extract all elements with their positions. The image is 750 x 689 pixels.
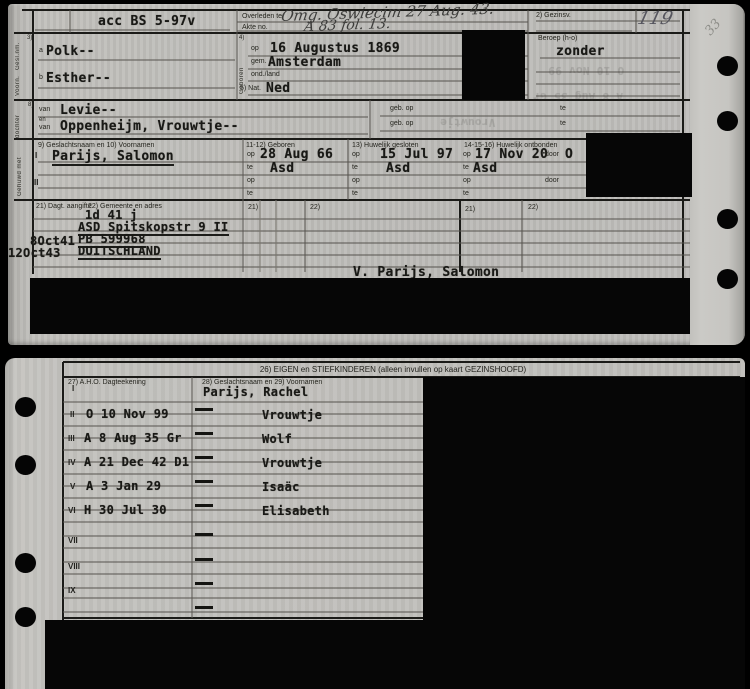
bleed-through-text: Vrouwtje	[440, 116, 495, 129]
ditto-mark	[195, 432, 213, 435]
label-geb-op-2: geb. op	[390, 120, 413, 127]
label-op: op	[247, 177, 255, 184]
redaction-bar	[45, 620, 745, 689]
punch-hole	[717, 209, 738, 229]
label-b: b	[39, 74, 43, 81]
ditto-mark	[195, 533, 213, 536]
child-row-numeral: VIII	[68, 562, 80, 571]
header-21-c: 21)	[465, 206, 475, 213]
field-birth-date: 16 Augustus 1869	[270, 41, 400, 56]
label-te: te	[247, 164, 253, 171]
children-section-header: 26) EIGEN en STIEFKINDEREN (alleen invul…	[63, 365, 723, 374]
label-overleden-te: Overleden te	[242, 13, 282, 20]
bleed-through-text: O 10 Nov 99	[548, 64, 624, 77]
ditto-mark	[195, 558, 213, 561]
side-label-gehuwd-met: Gehuwd met	[17, 144, 23, 196]
ditto-mark	[195, 480, 213, 483]
field-nationality: Ned	[266, 81, 290, 96]
label-beroep: Beroep (h-o)	[538, 35, 577, 42]
child-row-numeral: V	[70, 482, 75, 491]
child-row-name: Parijs, Rachel	[203, 385, 308, 399]
ditto-mark	[195, 582, 213, 585]
label-te: te	[463, 190, 469, 197]
punch-hole	[15, 553, 36, 573]
punch-hole	[15, 397, 36, 417]
label-door: door	[545, 177, 559, 184]
label-te-1: te	[560, 105, 566, 112]
child-row-name: Isaäc	[262, 480, 300, 494]
child-row-date: H 30 Jul 30	[84, 503, 167, 517]
reg-row-address: DUITSCHLAND	[78, 244, 161, 260]
child-row-name: Elisabeth	[262, 504, 330, 518]
row-numeral-1: I	[35, 151, 37, 160]
field-spouse-name: Parijs, Salomon	[52, 149, 174, 166]
label-door: door	[545, 151, 559, 158]
punch-hole	[717, 269, 738, 289]
child-row-name: Vrouwtje	[262, 456, 322, 470]
label-op-birth: op	[251, 45, 259, 52]
registration-card-children: 26) EIGEN en STIEFKINDEREN (alleen invul…	[5, 358, 745, 689]
field-birth-city: Amsterdam	[268, 55, 341, 70]
child-row-date: A 8 Aug 35 Gr	[84, 431, 182, 445]
label-en: en	[39, 117, 46, 123]
label-section-4: 4)	[239, 35, 244, 41]
punch-hole	[15, 455, 36, 475]
label-op: op	[463, 151, 471, 158]
label-te: te	[463, 164, 469, 171]
redaction-box	[586, 133, 692, 197]
side-label-voornamen: Voorn.	[15, 68, 21, 96]
field-akte-number: A 83 fol. 13.	[303, 16, 392, 35]
field-divorce-place: Asd	[473, 161, 497, 176]
scanned-archive-page: acc BS 5-97v Overleden te Omg. Oswiecim …	[0, 0, 750, 689]
label-van-mother: van	[39, 124, 50, 131]
redaction-box	[423, 377, 745, 620]
redaction-bar	[30, 278, 690, 334]
registration-card-front: acc BS 5-97v Overleden te Omg. Oswiecim …	[8, 4, 745, 345]
label-te-2: te	[560, 120, 566, 127]
label-section-8: 8)	[28, 102, 33, 108]
ditto-mark	[195, 504, 213, 507]
field-divorce-code: O	[565, 147, 573, 162]
label-gem: gem.	[251, 58, 267, 65]
label-op: op	[247, 151, 255, 158]
label-gezinsv: 2) Gezinsv.	[536, 12, 571, 19]
child-row-date: A 3 Jan 29	[86, 479, 161, 493]
field-divorce-date: 17 Nov 20	[475, 147, 548, 162]
punch-hole	[717, 56, 738, 76]
header-spouse-name: 9) Geslachtsnaam en 10) Voornamen	[38, 142, 154, 149]
header-22-b: 22)	[310, 204, 320, 211]
label-akte-no: Akte no.	[242, 24, 268, 31]
field-spouse-birth-place: Asd	[270, 161, 294, 176]
child-row-numeral: VII	[68, 536, 78, 545]
ditto-mark	[195, 408, 213, 411]
child-row-numeral: VI	[68, 506, 76, 515]
punch-hole	[717, 111, 738, 131]
label-op: op	[352, 151, 360, 158]
field-acc-number: acc BS 5-97v	[98, 14, 196, 29]
child-row-numeral: III	[68, 434, 75, 443]
field-mother-name: Oppenheijm, Vrouwtje--	[60, 119, 239, 134]
label-ond-land: ond./land	[251, 71, 280, 78]
label-geb-op-1: geb. op	[390, 105, 413, 112]
child-row-numeral: IX	[68, 586, 76, 595]
redaction-box	[462, 30, 525, 100]
field-spouse-birth-date: 28 Aug 66	[260, 147, 333, 162]
child-row-numeral: II	[70, 410, 74, 419]
label-op: op	[463, 177, 471, 184]
label-section-3: 3)	[27, 35, 32, 41]
field-firstnames: Esther--	[46, 71, 111, 86]
field-gezinsv-number: 119	[635, 8, 675, 29]
bleed-through-text: A 8 Aug 35 Gr	[533, 90, 623, 103]
header-dagt-aangifte: 21) Dagt. aangifte	[36, 203, 92, 210]
field-marriage-place: Asd	[386, 161, 410, 176]
row-numeral-2: II	[34, 178, 38, 187]
reg-row-date: 12Oct43	[8, 246, 61, 260]
label-te: te	[352, 190, 358, 197]
label-op: op	[352, 177, 360, 184]
child-row-numeral: IV	[68, 458, 76, 467]
child-row-date: O 10 Nov 99	[86, 407, 169, 421]
header-aho-dagteekening: 27) A.H.O. Dagteekening	[68, 379, 146, 386]
header-21-b: 21)	[248, 204, 258, 211]
field-beroep: zonder	[556, 44, 605, 59]
field-surname: Polk--	[46, 44, 95, 59]
label-a: a	[39, 47, 43, 54]
side-label-dochter: dochter	[15, 106, 21, 138]
ditto-mark	[195, 456, 213, 459]
field-marriage-date: 15 Jul 97	[380, 147, 453, 162]
punch-hole	[15, 607, 36, 627]
ditto-mark	[195, 606, 213, 609]
child-row-name: Vrouwtje	[262, 408, 322, 422]
field-father-name: Levie--	[60, 103, 117, 118]
header-22-c: 22)	[528, 204, 538, 211]
label-te: te	[352, 164, 358, 171]
label-nat: 5) Nat.	[240, 85, 261, 92]
child-row-date: A 21 Dec 42 D1	[84, 455, 189, 469]
label-te: te	[247, 190, 253, 197]
child-row-name: Wolf	[262, 432, 292, 446]
label-van-father: van	[39, 106, 50, 113]
child-row-numeral: I	[72, 384, 74, 393]
side-label-geslachtsnaam: Gesl.nm.	[15, 40, 21, 70]
